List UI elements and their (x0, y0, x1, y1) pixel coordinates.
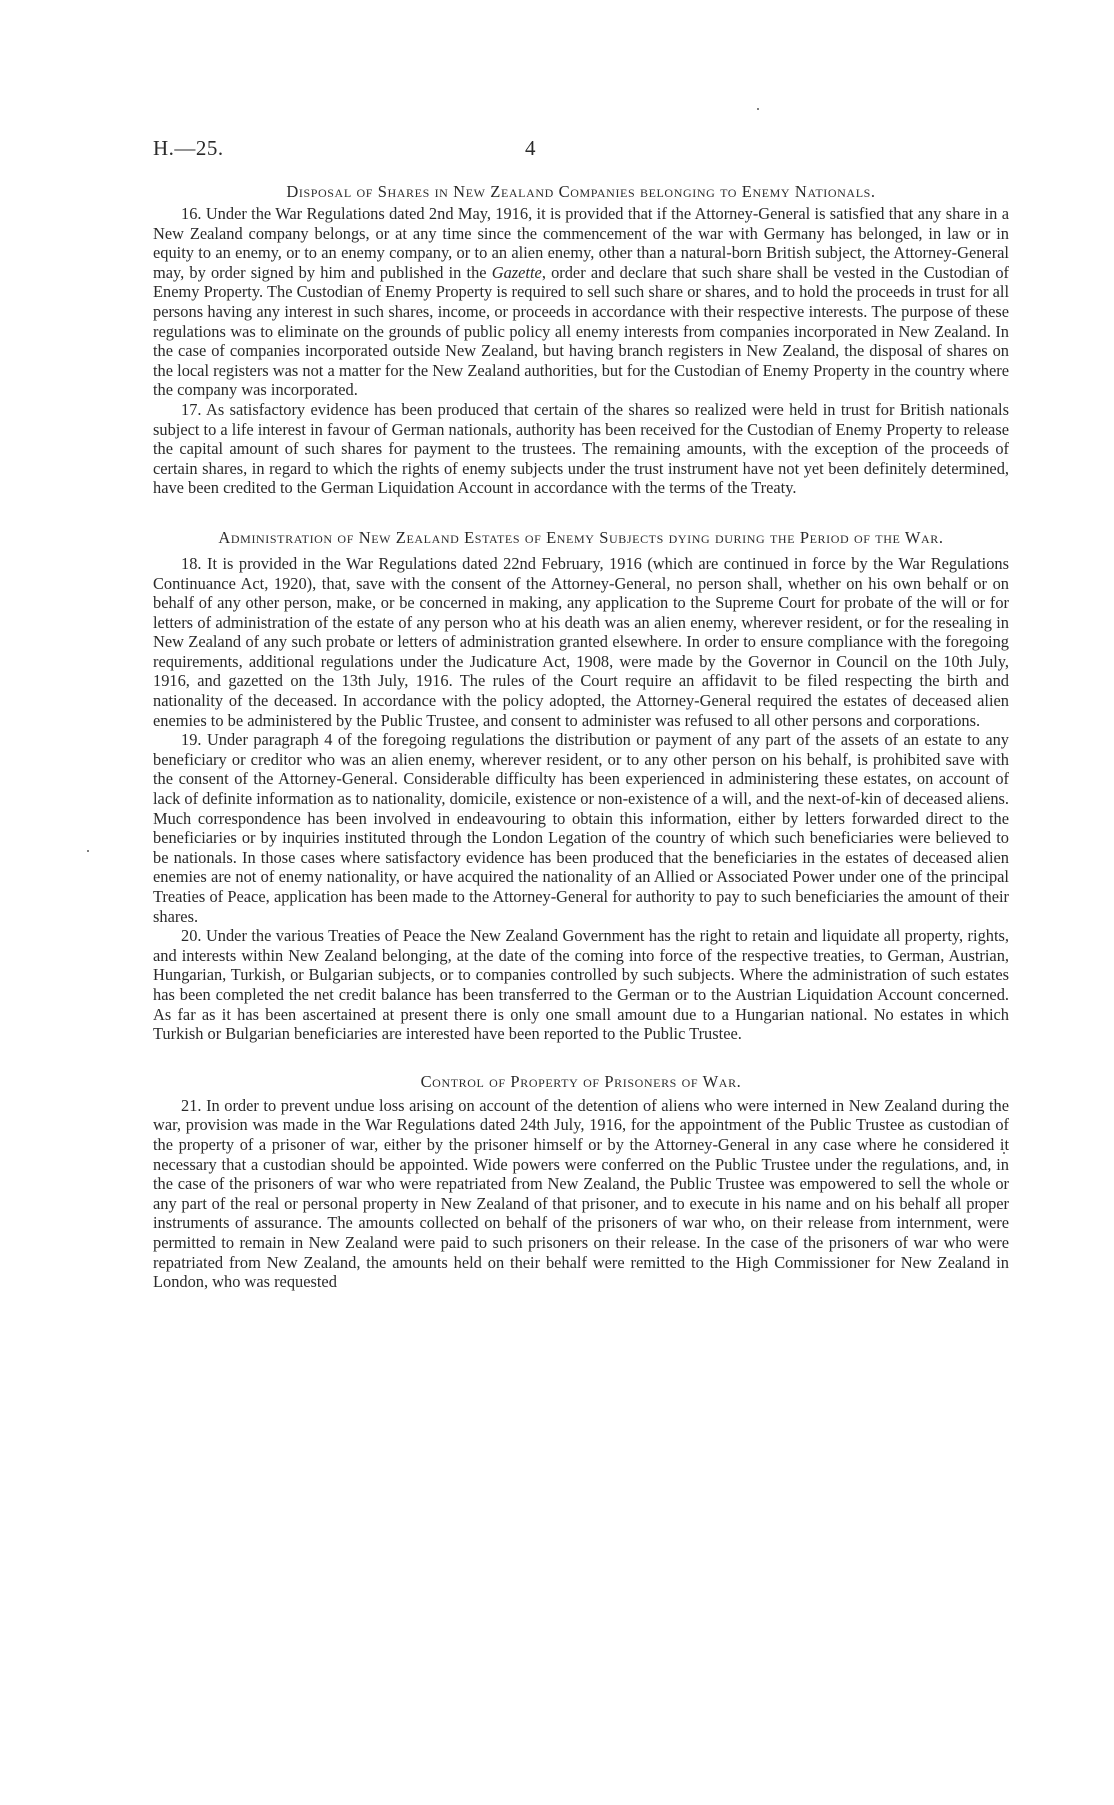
paragraph-number: 18. (181, 554, 202, 573)
paragraph-21: 21. In order to prevent undue loss arisi… (153, 1096, 1009, 1292)
document-page: H.—25. 4 Disposal of Shares in New Zeala… (153, 132, 1009, 1292)
section-heading-prisoners-of-war: Control of Property of Prisoners of War. (153, 1072, 1009, 1092)
paragraph-19: 19. Under paragraph 4 of the foregoing r… (153, 730, 1009, 926)
paragraph-20: 20. Under the various Treaties of Peace … (153, 926, 1009, 1044)
section-heading-disposal-of-shares: Disposal of Shares in New Zealand Compan… (153, 182, 1009, 202)
page-number: 4 (525, 136, 536, 161)
scan-speck (1003, 1152, 1005, 1154)
paragraph-number: 16. (181, 204, 202, 223)
section-heading-administration-of-estates: Administration of New Zealand Estates of… (153, 528, 1009, 548)
paragraph-text-cont: , order and declare that such share shal… (153, 263, 1009, 400)
gazette-italic: Gazette (492, 263, 542, 282)
paragraph-text: In order to prevent undue loss arising o… (153, 1096, 1009, 1291)
paragraph-number: 17. (181, 400, 202, 419)
paragraph-16: 16. Under the War Regulations dated 2nd … (153, 204, 1009, 400)
document-reference: H.—25. (153, 136, 224, 161)
paragraph-number: 19. (181, 730, 202, 749)
paragraph-17: 17. As satisfactory evidence has been pr… (153, 400, 1009, 498)
paragraph-text: Under the various Treaties of Peace the … (153, 926, 1009, 1043)
paragraph-18: 18. It is provided in the War Regulation… (153, 554, 1009, 730)
paragraph-number: 20. (181, 926, 202, 945)
paragraph-text: As satisfactory evidence has been produc… (153, 400, 1009, 497)
paragraph-number: 21. (181, 1096, 202, 1115)
scan-speck (87, 850, 89, 852)
page-header: H.—25. 4 (153, 132, 1009, 162)
paragraph-text: It is provided in the War Regulations da… (153, 554, 1009, 730)
scan-speck (757, 108, 759, 110)
paragraph-text: Under paragraph 4 of the foregoing regul… (153, 730, 1009, 925)
